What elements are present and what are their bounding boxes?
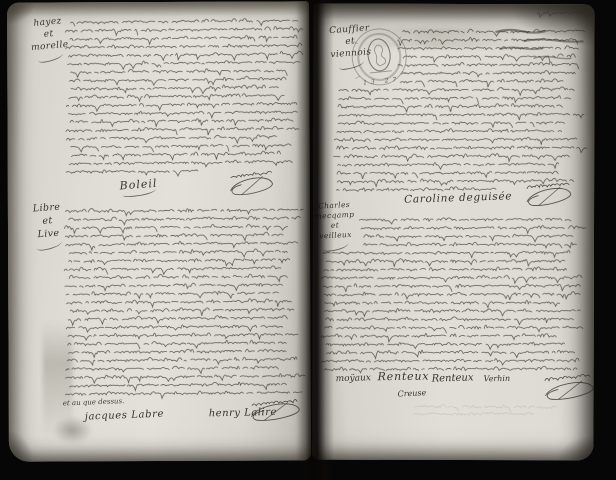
registrar-paraph-signature — [246, 393, 306, 426]
signature-renteux: Renteux — [431, 372, 473, 384]
strikethrough-corrections — [493, 24, 597, 70]
signature-verhin: Verhin — [484, 374, 511, 383]
signature-jacques-labre: jacques Labre — [85, 409, 165, 423]
record1-body-handwriting — [65, 13, 305, 179]
interline-insertion-handwriting — [538, 5, 584, 19]
signature-caroline-deguisee: Caroline deguisée — [404, 190, 513, 205]
signature-renteux: Renteux — [378, 369, 430, 383]
scanned-register-spread: hayez et morelle Boleil Libre et Live et… — [0, 0, 616, 480]
signature-moyaux: moÿaux — [335, 373, 371, 384]
signature-boleil: Boleil — [119, 177, 158, 198]
record2-body-handwriting — [64, 202, 306, 401]
record2-body-handwriting — [321, 212, 589, 377]
right-page: Cauffier et viennois 13 27 Caroline degu… — [312, 4, 594, 461]
registrar-paraph-signature — [224, 165, 279, 200]
left-page: hayez et morelle Boleil Libre et Live et… — [7, 1, 311, 461]
registrar-paraph-signature — [521, 175, 578, 211]
record2-closing-line: et au que dessus. — [63, 397, 125, 407]
signature-creuse: Creuse — [397, 388, 426, 398]
faint-pencil-marks — [413, 400, 563, 420]
